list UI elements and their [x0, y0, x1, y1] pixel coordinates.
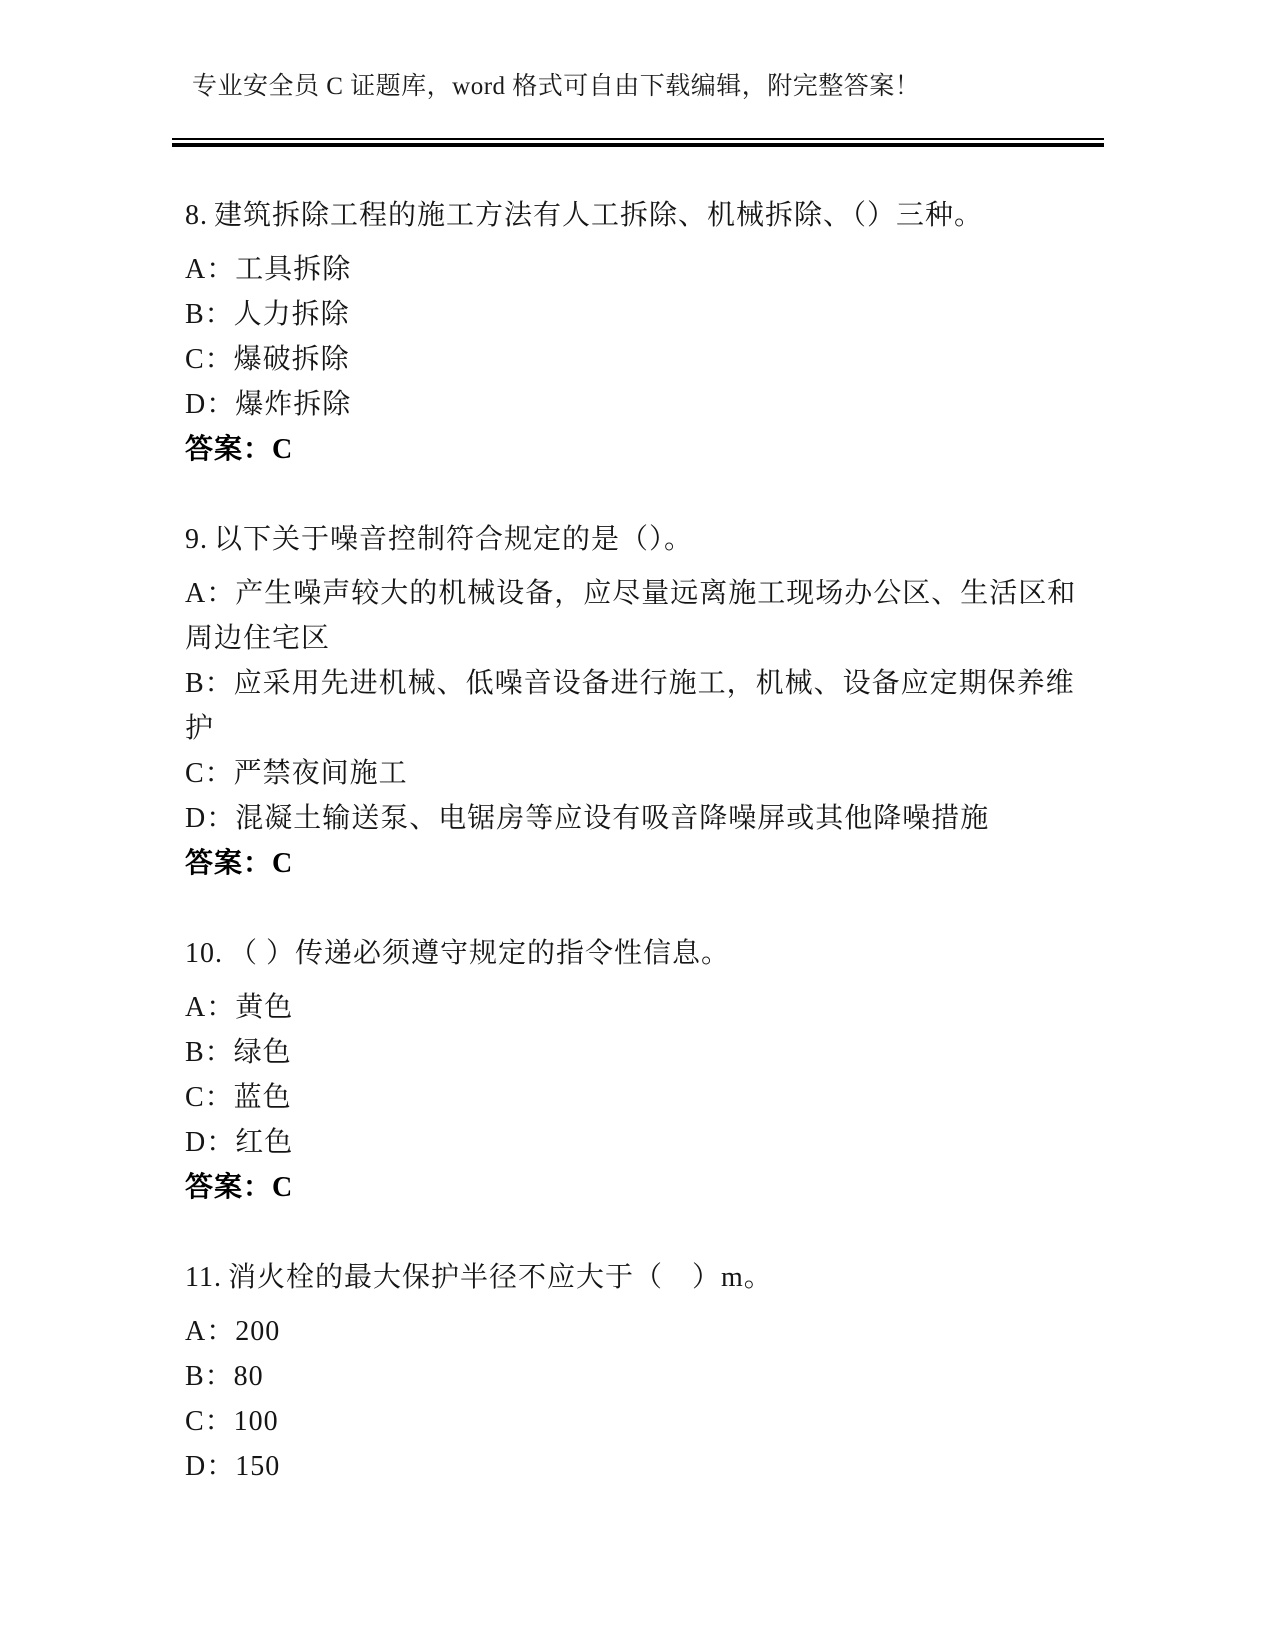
question-10-option-a: A：黄色 — [185, 985, 1104, 1030]
question-8-line: 8.建筑拆除工程的施工方法有人工拆除、机械拆除、（）三种。 — [185, 193, 1104, 238]
question-11-option-b: B：80 — [185, 1354, 1104, 1399]
question-11-option-a: A：200 — [185, 1309, 1104, 1354]
question-8-option-b: B：人力拆除 — [185, 292, 1104, 337]
question-8-option-c: C：爆破拆除 — [185, 337, 1104, 382]
question-11-line: 11.消火栓的最大保护半径不应大于（ ）m。 — [185, 1255, 1104, 1300]
question-8-option-d: D：爆炸拆除 — [185, 382, 1104, 427]
question-8-answer: 答案：C — [185, 427, 1104, 472]
document-header: 专业安全员 C 证题库，word 格式可自由下载编辑，附完整答案！ — [172, 71, 1104, 147]
question-9-option-c: C：严禁夜间施工 — [185, 751, 1104, 796]
question-10-text: （ ）传递必须遵守规定的指令性信息。 — [229, 938, 730, 969]
question-9-answer: 答案：C — [185, 841, 1104, 886]
question-10-answer: 答案：C — [185, 1165, 1104, 1210]
question-9-number: 9. — [185, 524, 208, 555]
question-block-9: 9.以下关于噪音控制符合规定的是（）。 A：产生噪声较大的机械设备，应尽量远离施… — [185, 517, 1104, 886]
question-block-8: 8.建筑拆除工程的施工方法有人工拆除、机械拆除、（）三种。 A：工具拆除 B：人… — [185, 193, 1104, 472]
question-10-option-b: B：绿色 — [185, 1030, 1104, 1075]
question-10-line: 10.（ ）传递必须遵守规定的指令性信息。 — [185, 931, 1104, 976]
question-8-number: 8. — [185, 200, 208, 231]
question-11-option-d: D：150 — [185, 1444, 1104, 1489]
question-9-option-b: B：应采用先进机械、低噪音设备进行施工，机械、设备应定期保养维 护 — [185, 661, 1104, 751]
question-9-line: 9.以下关于噪音控制符合规定的是（）。 — [185, 517, 1104, 562]
question-block-10: 10.（ ）传递必须遵守规定的指令性信息。 A：黄色 B：绿色 C：蓝色 D：红… — [185, 931, 1104, 1210]
question-11-option-c: C：100 — [185, 1399, 1104, 1444]
question-9-option-d: D：混凝土输送泵、电锯房等应设有吸音降噪屏或其他降噪措施 — [185, 796, 1104, 841]
question-8-text: 建筑拆除工程的施工方法有人工拆除、机械拆除、（）三种。 — [214, 200, 983, 231]
header-title: 专业安全员 C 证题库，word 格式可自由下载编辑，附完整答案！ — [172, 71, 1104, 103]
question-block-11: 11.消火栓的最大保护半径不应大于（ ）m。 A：200 B：80 C：100 … — [185, 1255, 1104, 1489]
question-10-number: 10. — [185, 938, 223, 969]
question-10-option-c: C：蓝色 — [185, 1075, 1104, 1120]
question-11-text: 消火栓的最大保护半径不应大于（ ）m。 — [228, 1262, 773, 1293]
questions-list: 8.建筑拆除工程的施工方法有人工拆除、机械拆除、（）三种。 A：工具拆除 B：人… — [172, 193, 1104, 1489]
question-8-option-a: A：工具拆除 — [185, 247, 1104, 292]
header-divider-rule — [172, 138, 1104, 147]
page-body: 专业安全员 C 证题库，word 格式可自由下载编辑，附完整答案！ 8.建筑拆除… — [172, 71, 1104, 1489]
question-9-text: 以下关于噪音控制符合规定的是（）。 — [214, 524, 693, 555]
question-9-option-a: A：产生噪声较大的机械设备，应尽量远离施工现场办公区、生活区和 周边住宅区 — [185, 571, 1104, 661]
document-page: 专业安全员 C 证题库，word 格式可自由下载编辑，附完整答案！ 8.建筑拆除… — [0, 0, 1275, 1650]
question-11-number: 11. — [185, 1262, 222, 1293]
question-10-option-d: D：红色 — [185, 1120, 1104, 1165]
